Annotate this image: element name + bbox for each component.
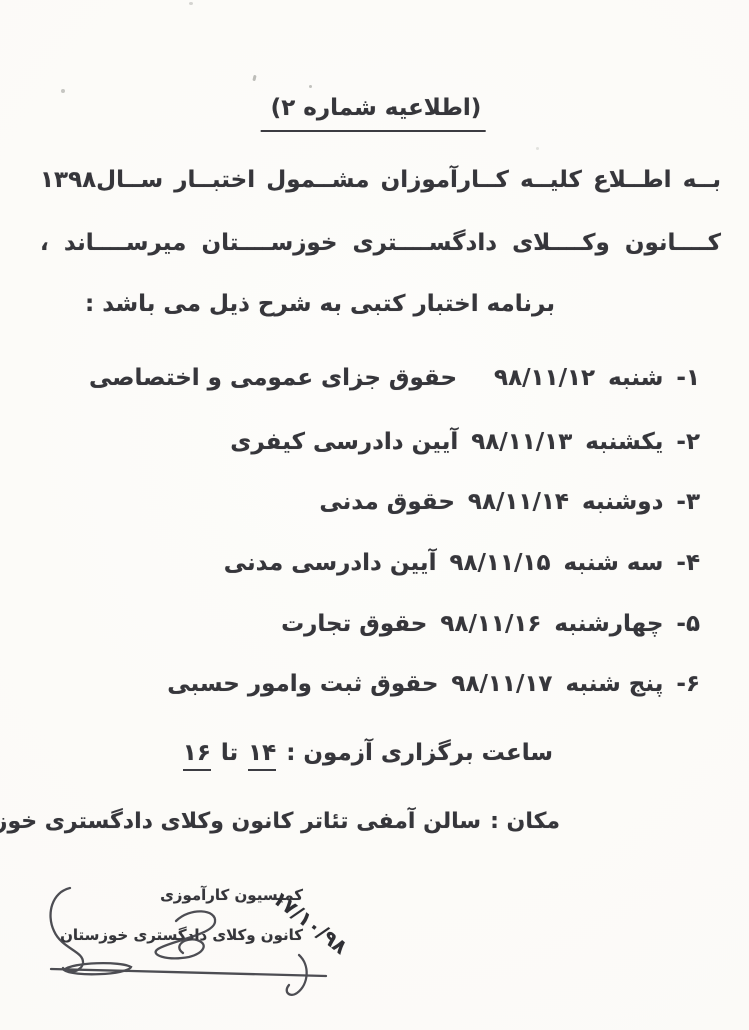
handwritten-date: ۱۷/۱۰/۹۸ [268,886,352,959]
exam-date: ۹۸/۱۱/۱۳ [471,429,572,455]
exam-row: ۶- پنج شنبه ۹۸/۱۱/۱۷ حقوق ثبت وامور حسبی [167,671,700,697]
exam-number: ۴- [676,550,700,576]
intro-line-1: بــه اطــلاع کلیــه کــارآموزان مشــمول … [40,167,721,193]
exam-subject: آیین دادرسی مدنی [224,550,437,576]
exam-day: یکشنبه [585,429,663,455]
exam-date: ۹۸/۱۱/۱۵ [449,550,550,576]
exam-row: ۵- چهارشنبه ۹۸/۱۱/۱۶ حقوق تجارت [281,611,700,637]
location-line: مکان : سالن آمفی تئاتر کانون وکلای دادگس… [0,809,560,834]
exam-day: پنج شنبه [565,671,663,697]
exam-number: ۶- [676,671,700,697]
exam-time-label: ساعت برگزاری آزمون : [286,740,553,766]
exam-number: ۱- [676,365,700,391]
scan-speck [252,75,256,82]
exam-day: شنبه [608,365,663,391]
scan-speck [309,85,312,88]
exam-subject: آیین دادرسی کیفری [230,429,458,455]
exam-subject: حقوق تجارت [281,611,427,637]
scanned-announcement-page: (اطلاعیه شماره ۲) بــه اطــلاع کلیــه کـ… [0,0,749,1030]
exam-time-separator: تا [221,740,238,766]
exam-row: ۴- سه شنبه ۹۸/۱۱/۱۵ آیین دادرسی مدنی [224,550,700,576]
intro-line-3: برنامه اختبار کتبی به شرح ذیل می باشد : [85,291,555,317]
exam-number: ۳- [676,489,700,515]
exam-row: ۱- شنبه ۹۸/۱۱/۱۲ حقوق جزای عمومی و اختصا… [89,365,700,391]
exam-row: ۳- دوشنبه ۹۸/۱۱/۱۴ حقوق مدنی [319,489,700,515]
exam-subject: حقوق مدنی [319,489,455,515]
page-title: (اطلاعیه شماره ۲) [261,95,486,132]
scan-speck [61,89,65,93]
location-label: مکان : [490,809,560,834]
exam-date: ۹۸/۱۱/۱۷ [451,671,552,697]
exam-time-from: ۱۴ [248,740,276,771]
exam-date: ۹۸/۱۱/۱۶ [440,611,541,637]
exam-date: ۹۸/۱۱/۱۴ [468,489,569,515]
exam-number: ۲- [676,429,700,455]
exam-time-to: ۱۶ [183,740,211,771]
exam-subject: حقوق جزای عمومی و اختصاصی [89,365,457,391]
signature-scrawl [0,0,749,1030]
exam-date: ۹۸/۱۱/۱۲ [494,365,595,391]
exam-day: چهارشنبه [554,611,663,637]
exam-day: سه شنبه [563,550,663,576]
location-value: سالن آمفی تئاتر کانون وکلای دادگستری خوز… [0,809,481,834]
exam-time-line: ساعت برگزاری آزمون : ۱۴ تا ۱۶ [183,740,553,771]
signature-org-line-2: کانون وکلای دادگستری خوزستان [60,926,303,944]
exam-number: ۵- [676,611,700,637]
scan-speck [536,147,539,150]
exam-subject: حقوق ثبت وامور حسبی [167,671,438,697]
intro-line-2: کــــانون وکــــلای دادگســــتری خوزســـ… [40,230,721,256]
scan-speck [189,2,193,5]
exam-row: ۲- یکشنبه ۹۸/۱۱/۱۳ آیین دادرسی کیفری [230,429,700,455]
exam-day: دوشنبه [582,489,663,515]
